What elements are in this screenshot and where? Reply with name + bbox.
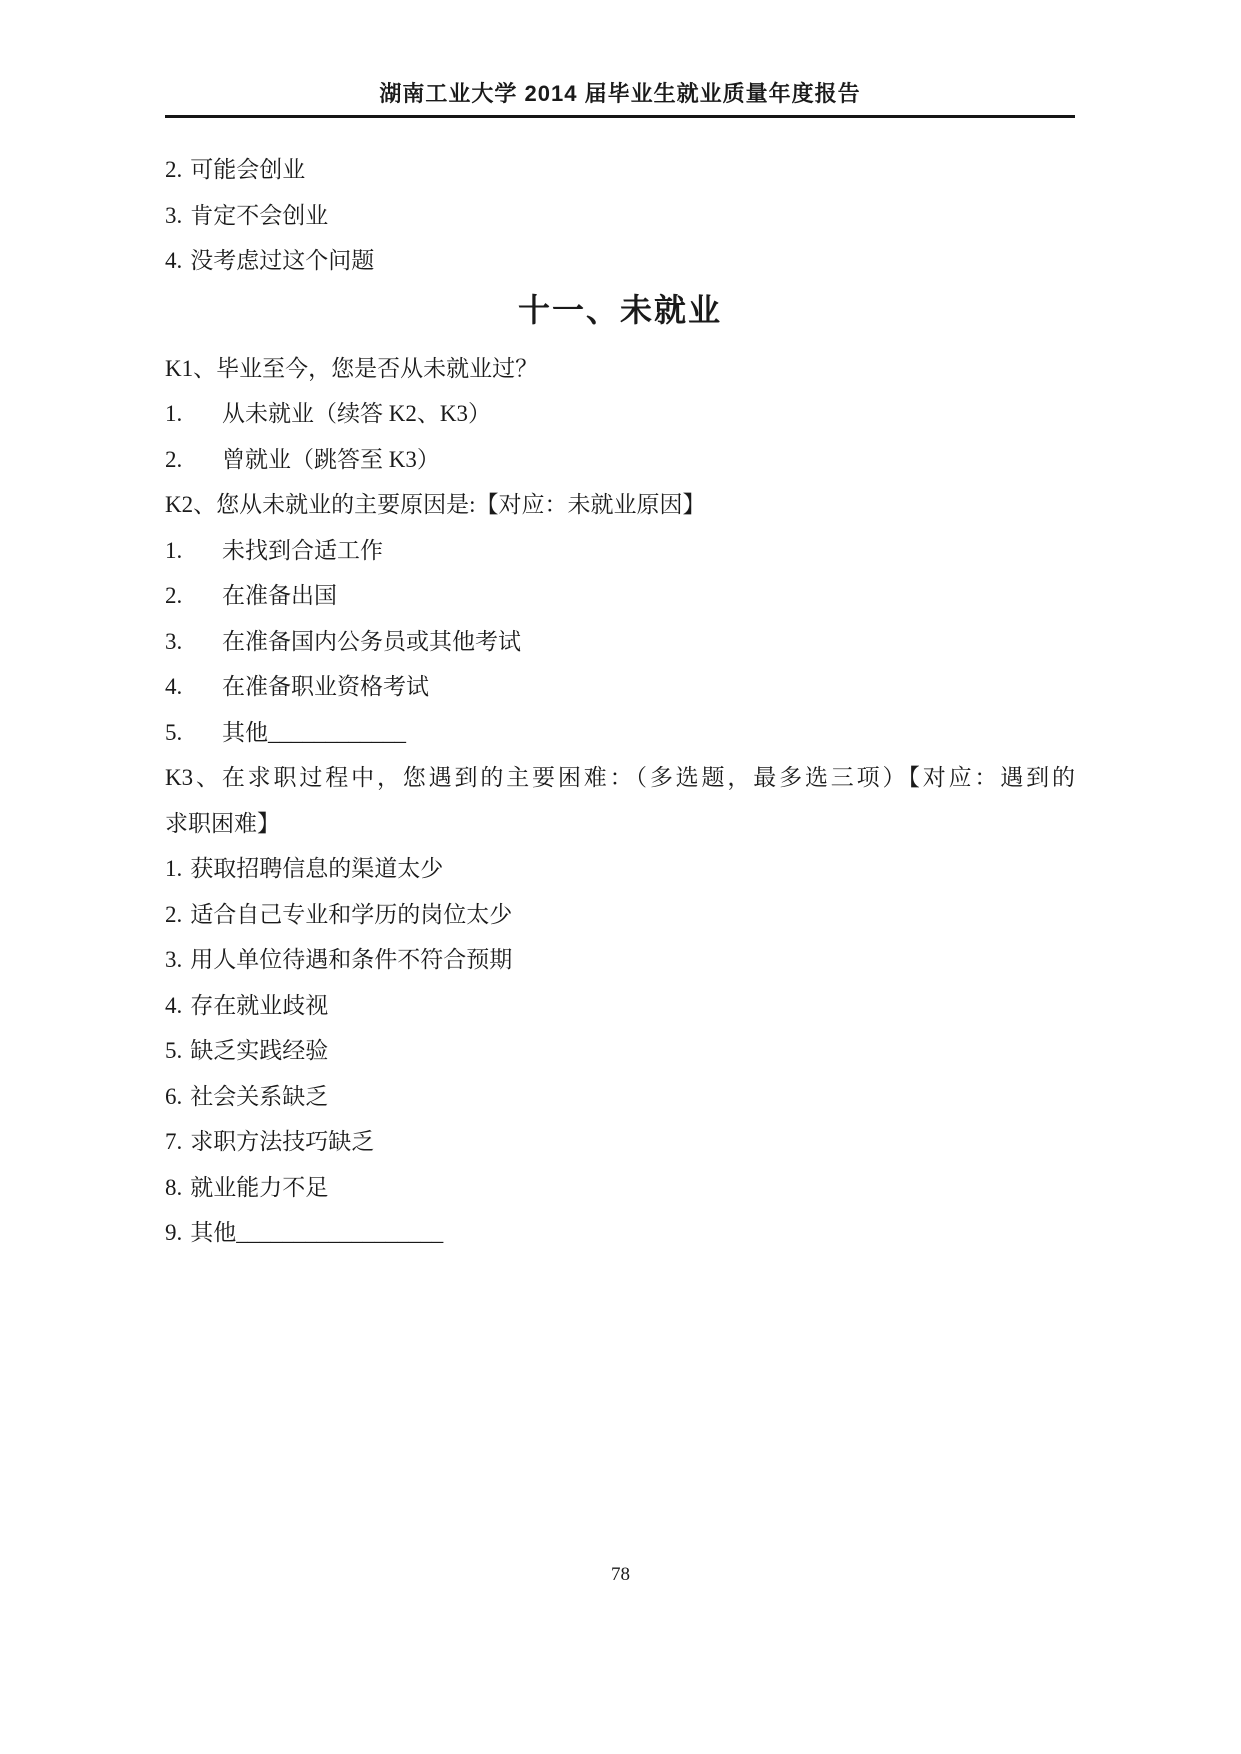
option-number: 4. [165,664,222,710]
header-title: 湖南工业大学 2014 届毕业生就业质量年度报告 [165,80,1075,107]
option-text: 用人单位待遇和条件不符合预期 [190,947,512,972]
question-k1-label: K1、毕业至今，您是否从未就业过？ [165,346,1075,392]
list-item: 3.用人单位待遇和条件不符合预期 [165,937,1075,983]
option-text: 就业能力不足 [190,1175,328,1200]
page-footer: 78 [0,1563,1241,1587]
document-page: 湖南工业大学 2014 届毕业生就业质量年度报告 2.可能会创业 3.肯定不会创… [0,0,1241,1256]
list-item: 8.就业能力不足 [165,1165,1075,1211]
list-item: 4.存在就业歧视 [165,983,1075,1029]
option-number: 6. [165,1074,182,1120]
section-title: 十一、未就业 [165,284,1075,336]
option-text: 缺乏实践经验 [190,1038,328,1063]
list-item: 6.社会关系缺乏 [165,1074,1075,1120]
k2-option-list: 1.未找到合适工作 2.在准备出国 3.在准备国内公务员或其他考试 4.在准备职… [165,528,1075,756]
list-item: 2.适合自己专业和学历的岗位太少 [165,892,1075,938]
page-number: 78 [611,1564,630,1585]
list-item: 2.在准备出国 [165,573,1075,619]
list-item: 5.其他____________ [165,710,1075,756]
k1-option-list: 1.从未就业（续答 K2、K3） 2.曾就业（跳答至 K3） [165,391,1075,482]
option-text: 适合自己专业和学历的岗位太少 [190,902,512,927]
question-k2-label: K2、您从未就业的主要原因是:【对应：未就业原因】 [165,482,1075,528]
option-number: 9. [165,1210,182,1256]
option-text: 存在就业歧视 [190,993,328,1018]
option-text: 曾就业（跳答至 K3） [222,447,440,472]
option-number: 5. [165,1028,182,1074]
option-number: 5. [165,710,222,756]
question-k3-label-line: 求职困难】 [165,801,1075,847]
intro-option-list: 2.可能会创业 3.肯定不会创业 4.没考虑过这个问题 [165,147,1075,284]
option-number: 2. [165,147,182,193]
option-number: 1. [165,846,182,892]
option-text: 肯定不会创业 [190,203,328,228]
option-text: 在准备国内公务员或其他考试 [222,629,521,654]
option-number: 4. [165,238,182,284]
option-text: 从未就业（续答 K2、K3） [222,401,491,426]
question-k3-label-line: K3、在求职过程中，您遇到的主要困难：（多选题，最多选三项）【对应：遇到的 [165,755,1075,801]
option-number: 1. [165,391,222,437]
list-item: 2.曾就业（跳答至 K3） [165,437,1075,483]
page-content: 2.可能会创业 3.肯定不会创业 4.没考虑过这个问题 十一、未就业 K1、毕业… [165,147,1075,1256]
option-number: 8. [165,1165,182,1211]
list-item: 4.在准备职业资格考试 [165,664,1075,710]
list-item: 3.在准备国内公务员或其他考试 [165,619,1075,665]
option-number: 4. [165,983,182,1029]
list-item: 5.缺乏实践经验 [165,1028,1075,1074]
page-header: 湖南工业大学 2014 届毕业生就业质量年度报告 [165,0,1075,118]
header-rule [165,115,1075,118]
option-number: 3. [165,193,182,239]
option-number: 2. [165,437,222,483]
list-item: 9.其他__________________ [165,1210,1075,1256]
option-text: 没考虑过这个问题 [190,248,374,273]
question-k3-label: K3、在求职过程中，您遇到的主要困难：（多选题，最多选三项）【对应：遇到的 求职… [165,755,1075,846]
option-text: 社会关系缺乏 [190,1084,328,1109]
option-text: 可能会创业 [190,157,305,182]
option-number: 7. [165,1119,182,1165]
list-item: 4.没考虑过这个问题 [165,238,1075,284]
list-item: 1.未找到合适工作 [165,528,1075,574]
option-text: 获取招聘信息的渠道太少 [190,856,443,881]
option-text: 其他__________________ [190,1220,443,1245]
k3-option-list: 1.获取招聘信息的渠道太少 2.适合自己专业和学历的岗位太少 3.用人单位待遇和… [165,846,1075,1256]
list-item: 3.肯定不会创业 [165,193,1075,239]
option-text: 求职方法技巧缺乏 [190,1129,374,1154]
option-number: 2. [165,892,182,938]
list-item: 1.从未就业（续答 K2、K3） [165,391,1075,437]
list-item: 7.求职方法技巧缺乏 [165,1119,1075,1165]
option-number: 1. [165,528,222,574]
list-item: 2.可能会创业 [165,147,1075,193]
option-text: 在准备职业资格考试 [222,674,429,699]
option-text: 其他____________ [222,720,406,745]
list-item: 1.获取招聘信息的渠道太少 [165,846,1075,892]
option-text: 在准备出国 [222,583,337,608]
option-number: 2. [165,573,222,619]
option-number: 3. [165,937,182,983]
option-number: 3. [165,619,222,665]
option-text: 未找到合适工作 [222,538,383,563]
